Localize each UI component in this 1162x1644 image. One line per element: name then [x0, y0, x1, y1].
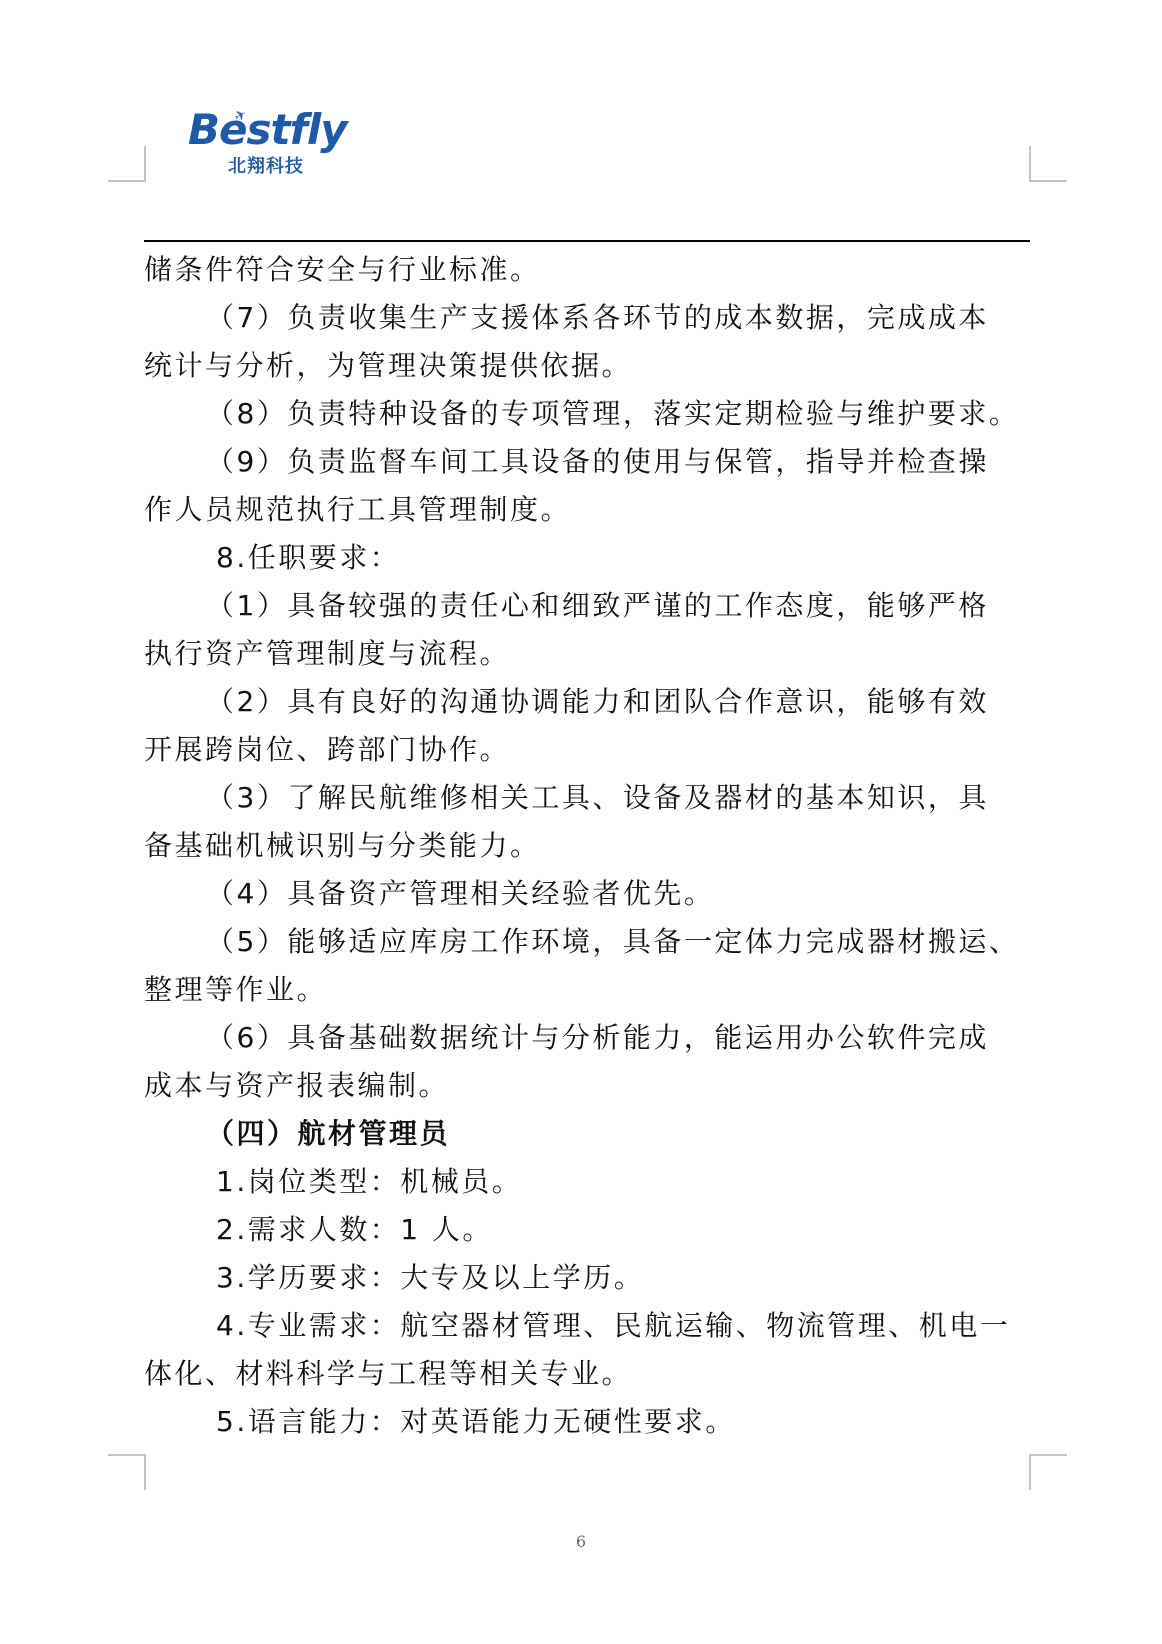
- requirement-item-1: （1）具备较强的责任心和细致严谨的工作态度，能够严格: [144, 582, 1030, 630]
- page-number: 6: [0, 1532, 1162, 1551]
- field-headcount: 2.需求人数：1 人。: [144, 1206, 1030, 1254]
- field-major: 4.专业需求：航空器材管理、民航运输、物流管理、机电一: [144, 1302, 1030, 1350]
- section-heading-requirements: 8.任职要求：: [144, 534, 1030, 582]
- field-education: 3.学历要求：大专及以上学历。: [144, 1254, 1030, 1302]
- logo-chinese-name: 北翔科技: [228, 156, 304, 178]
- crop-mark-bottom-left: [108, 1454, 146, 1490]
- paragraph-line: 开展跨岗位、跨部门协作。: [144, 726, 1030, 774]
- document-body: 储条件符合安全与行业标准。 （7）负责收集生产支援体系各环节的成本数据，完成成本…: [144, 246, 1030, 1446]
- paragraph-line: 执行资产管理制度与流程。: [144, 630, 1030, 678]
- requirement-item-3: （3）了解民航维修相关工具、设备及器材的基本知识，具: [144, 774, 1030, 822]
- paragraph-line: 体化、材料科学与工程等相关专业。: [144, 1350, 1030, 1398]
- section-heading-materials-manager: （四）航材管理员: [144, 1110, 1030, 1158]
- field-position-type: 1.岗位类型：机械员。: [144, 1158, 1030, 1206]
- logo-wordmark: Bestfly: [188, 104, 347, 156]
- paragraph-line: 储条件符合安全与行业标准。: [144, 246, 1030, 294]
- field-language: 5.语言能力：对英语能力无硬性要求。: [144, 1398, 1030, 1446]
- paragraph-line: 备基础机械识别与分类能力。: [144, 822, 1030, 870]
- requirement-item-6: （6）具备基础数据统计与分析能力，能运用办公软件完成: [144, 1014, 1030, 1062]
- crop-mark-top-right: [1029, 146, 1067, 182]
- crop-mark-top-left: [108, 146, 146, 182]
- requirement-item-5: （5）能够适应库房工作环境，具备一定体力完成器材搬运、: [144, 918, 1030, 966]
- header-divider: [144, 240, 1030, 242]
- requirement-item-4: （4）具备资产管理相关经验者优先。: [144, 870, 1030, 918]
- list-item-9: （9）负责监督车间工具设备的使用与保管，指导并检查操: [144, 438, 1030, 486]
- paragraph-line: 作人员规范执行工具管理制度。: [144, 486, 1030, 534]
- paragraph-line: 统计与分析，为管理决策提供依据。: [144, 342, 1030, 390]
- paragraph-line: 成本与资产报表编制。: [144, 1062, 1030, 1110]
- list-item-8: （8）负责特种设备的专项管理，落实定期检验与维护要求。: [144, 390, 1030, 438]
- company-logo: Bestfly ✈ 北翔科技: [188, 104, 358, 184]
- crop-mark-bottom-right: [1029, 1454, 1067, 1490]
- list-item-7: （7）负责收集生产支援体系各环节的成本数据，完成成本: [144, 294, 1030, 342]
- paragraph-line: 整理等作业。: [144, 966, 1030, 1014]
- requirement-item-2: （2）具有良好的沟通协调能力和团队合作意识，能够有效: [144, 678, 1030, 726]
